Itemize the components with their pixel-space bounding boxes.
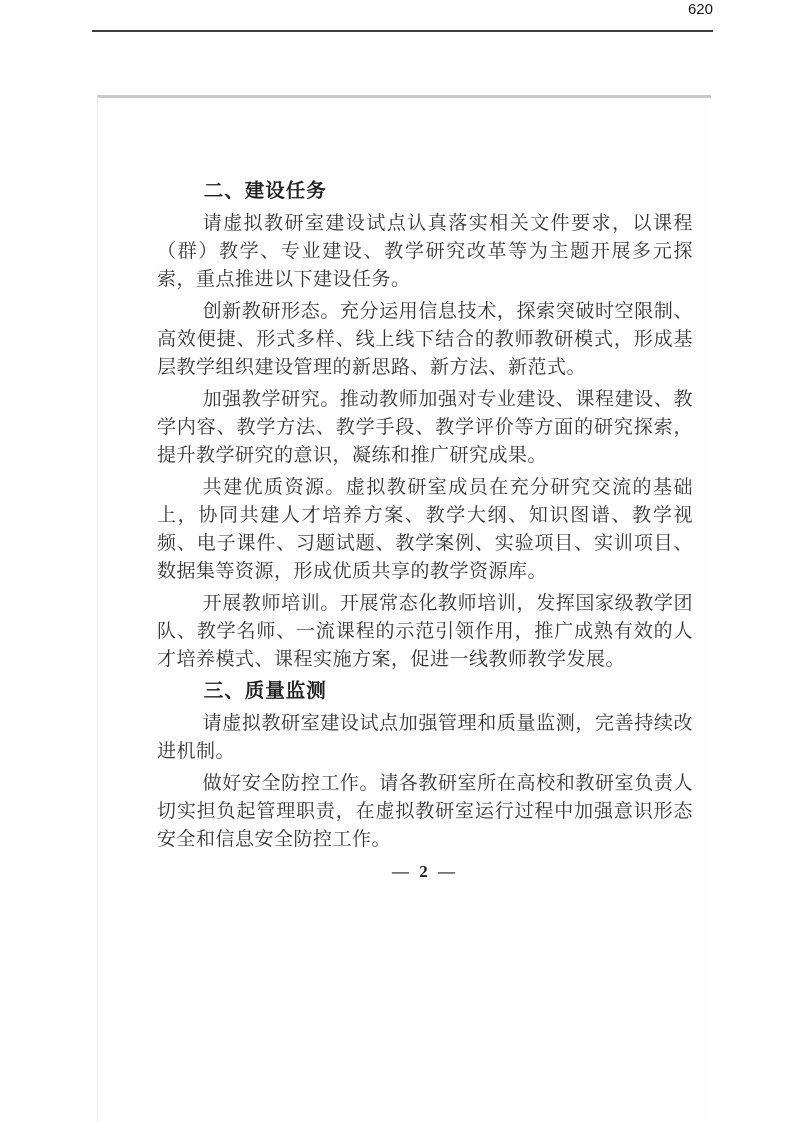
header-rule	[92, 30, 713, 32]
document-content: 二、建设任务 请虚拟教研室建设试点认真落实相关文件要求，以课程（群）教学、专业建…	[98, 98, 711, 886]
paragraph: 共建优质资源。虚拟教研室成员在充分研究交流的基础上，协同共建人才培养方案、教学大…	[157, 474, 693, 586]
section-heading: 二、建设任务	[157, 178, 693, 206]
paragraph: 开展教师培训。开展常态化教师培训，发挥国家级教学团队、教学名师、一流课程的示范引…	[157, 590, 693, 674]
paragraph: 请虚拟教研室建设试点加强管理和质量监测，完善持续改进机制。	[157, 710, 693, 766]
paragraph: 创新教研形态。充分运用信息技术，探索突破时空限制、高效便捷、形式多样、线上线下结…	[157, 298, 693, 382]
paragraph: 请虚拟教研室建设试点认真落实相关文件要求，以课程（群）教学、专业建设、教学研究改…	[157, 210, 693, 294]
paragraph: 加强教学研究。推动教师加强对专业建设、课程建设、教学内容、教学方法、教学手段、教…	[157, 386, 693, 470]
section-heading: 三、质量监测	[157, 678, 693, 706]
folio-page-number: 620	[688, 1, 713, 18]
document-page: 二、建设任务 请虚拟教研室建设试点认真落实相关文件要求，以课程（群）教学、专业建…	[97, 95, 711, 1122]
page-number-footer: — 2 —	[157, 858, 693, 886]
paragraph: 做好安全防控工作。请各教研室所在高校和教研室负责人切实担负起管理职责，在虚拟教研…	[157, 770, 693, 854]
